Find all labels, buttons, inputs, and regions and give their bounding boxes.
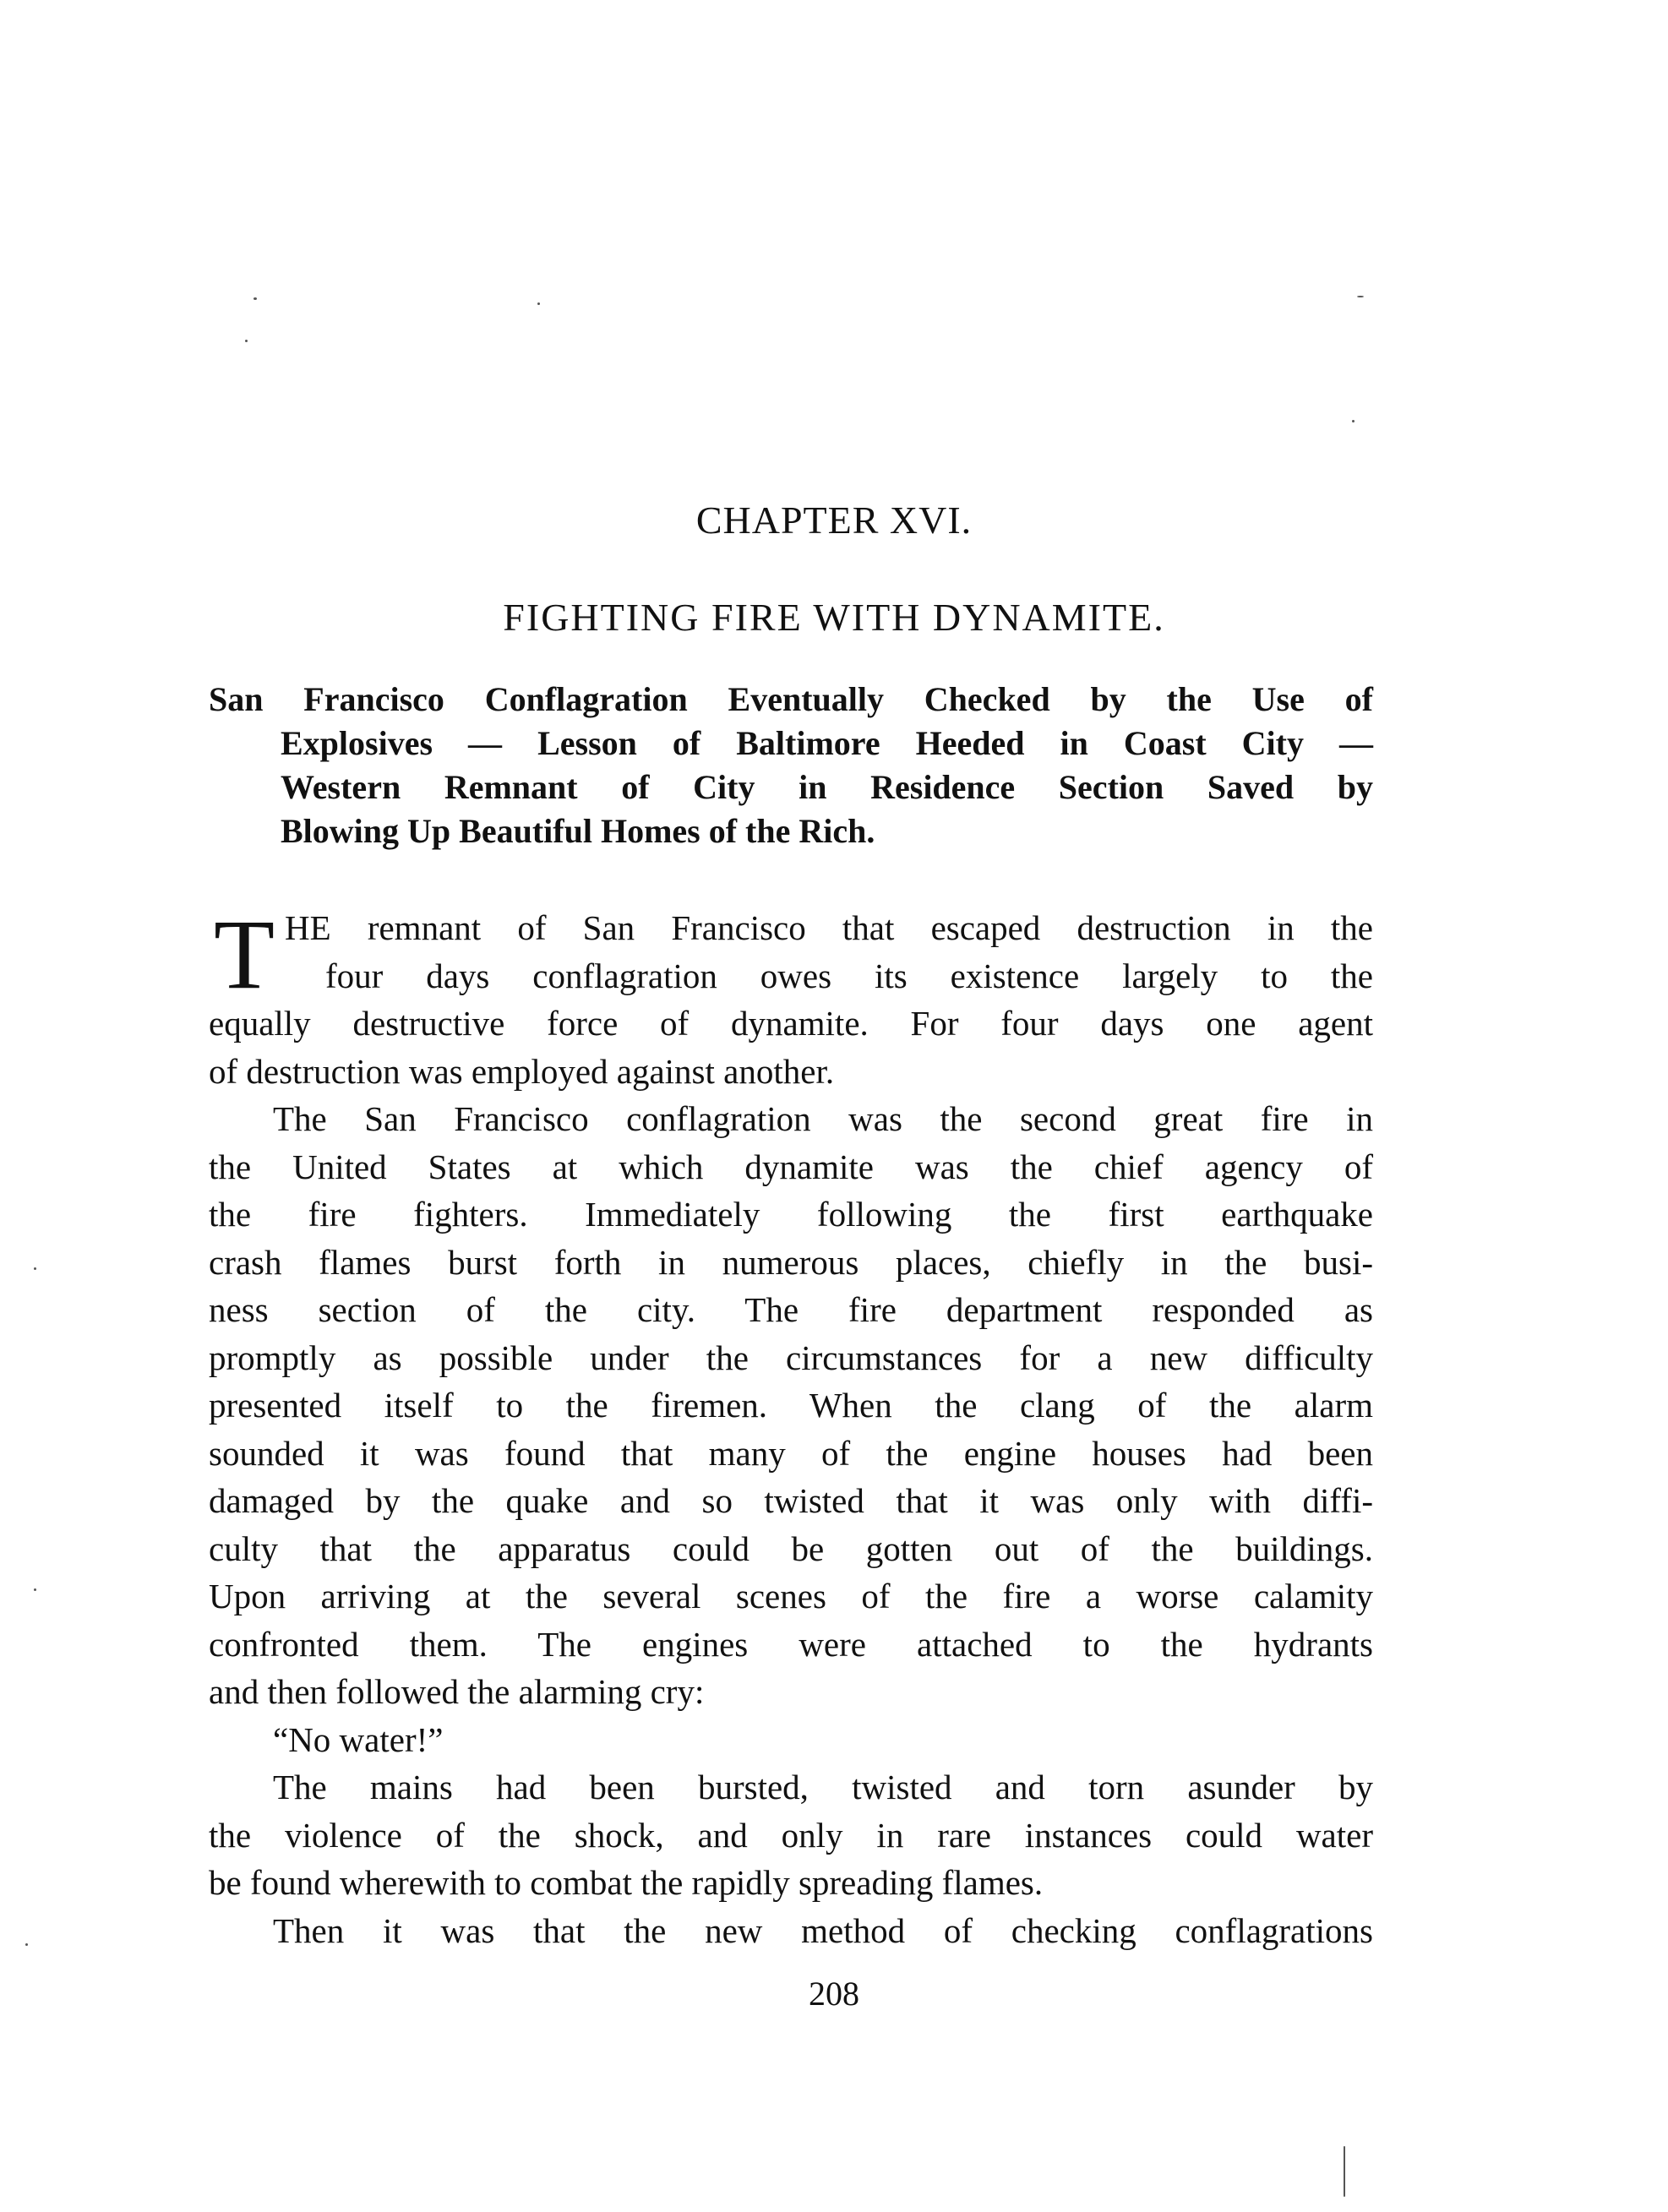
chapter-summary: San Francisco Conflagration Eventually C… (209, 678, 1373, 853)
text-line: The San Francisco conflagration was the … (209, 1095, 1373, 1143)
chapter-number: CHAPTER XVI. (0, 497, 1668, 544)
text-line: sounded it was found that many of the en… (209, 1430, 1373, 1478)
text-line: presented itself to the firemen. When th… (209, 1381, 1373, 1430)
text-line: of destruction was employed against anot… (209, 1048, 1373, 1096)
text-line: equally destructive force of dynamite. F… (209, 1000, 1373, 1048)
scan-speck (34, 1267, 36, 1270)
summary-line: San Francisco Conflagration Eventually C… (209, 678, 1373, 722)
text-line: the violence of the shock, and only in r… (209, 1812, 1373, 1860)
text-line: be found wherewith to combat the rapidly… (209, 1859, 1373, 1907)
scan-speck (25, 1943, 28, 1946)
text-line: “No water!” (209, 1716, 1373, 1764)
scan-speck (34, 1588, 36, 1591)
scan-speck (1352, 420, 1355, 422)
scan-speck (1357, 296, 1364, 297)
chapter-title: FIGHTING FIRE WITH DYNAMITE. (0, 594, 1668, 641)
text-line: crash flames burst forth in numerous pla… (209, 1239, 1373, 1287)
scan-speck (537, 302, 540, 305)
text-line: the fire fighters. Immediately following… (209, 1190, 1373, 1239)
scan-speck (1344, 2146, 1345, 2197)
text-line: four days conflagration owes its existen… (209, 952, 1373, 1000)
text-line: and then followed the alarming cry: (209, 1668, 1373, 1716)
drop-cap: T (214, 913, 275, 997)
text-line: ness section of the city. The fire depar… (209, 1286, 1373, 1334)
text-line: Upon arriving at the several scenes of t… (209, 1572, 1373, 1621)
summary-line: Explosives — Lesson of Baltimore Heeded … (209, 722, 1373, 765)
scan-speck (253, 297, 257, 300)
scan-speck (245, 340, 248, 342)
book-page: CHAPTER XVI. FIGHTING FIRE WITH DYNAMITE… (0, 0, 1668, 2212)
text-line: culty that the apparatus could be gotten… (209, 1525, 1373, 1573)
text-line: confronted them. The engines were attach… (209, 1621, 1373, 1669)
text-line: HE remnant of San Francisco that escaped… (209, 904, 1373, 952)
text-line: damaged by the quake and so twisted that… (209, 1477, 1373, 1525)
body-text: T HE remnant of San Francisco that escap… (209, 904, 1373, 1954)
text-line: promptly as possible under the circumsta… (209, 1334, 1373, 1382)
text-line: the United States at which dynamite was … (209, 1143, 1373, 1191)
summary-line: Blowing Up Beautiful Homes of the Rich. (209, 809, 1373, 853)
text-line: Then it was that the new method of check… (209, 1907, 1373, 1955)
summary-line: Western Remnant of City in Residence Sec… (209, 765, 1373, 809)
text-line: The mains had been bursted, twisted and … (209, 1763, 1373, 1812)
page-number: 208 (0, 1974, 1668, 2014)
